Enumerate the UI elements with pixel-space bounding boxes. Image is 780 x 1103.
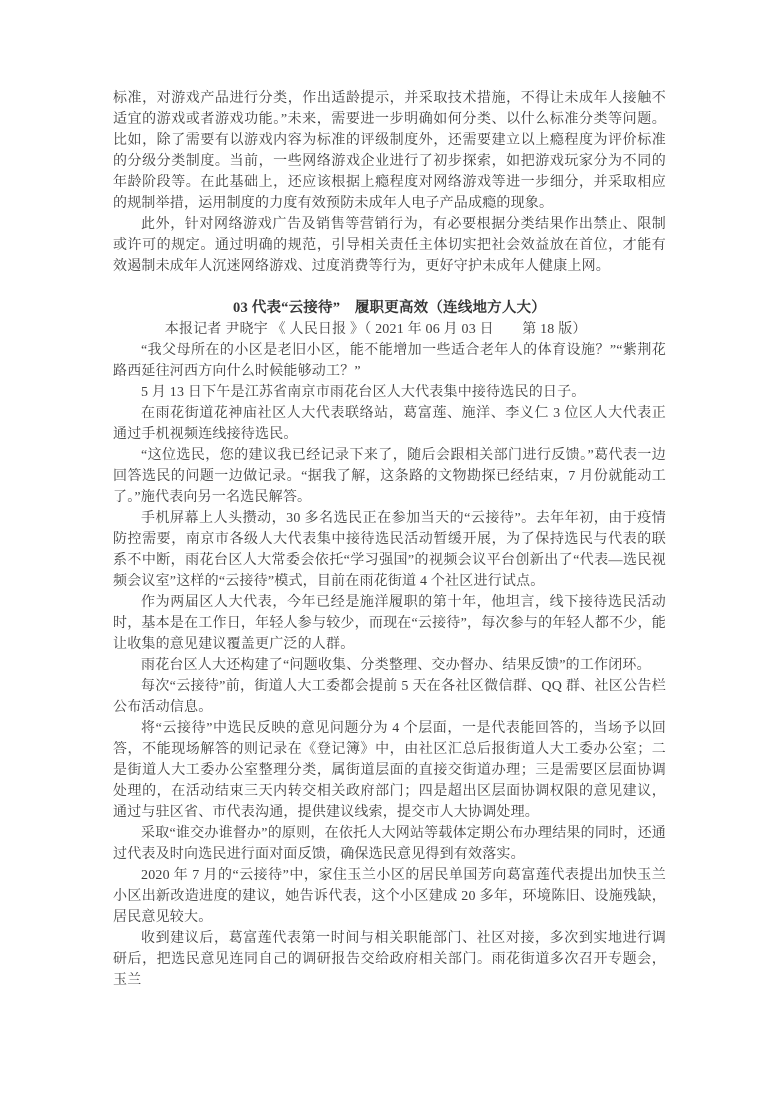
document-page: 标准，对游戏产品进行分类，作出适龄提示，并采取技术措施，不得让未成年人接触不适宜…	[0, 0, 780, 1103]
paragraph: 每次“云接待”前，街道人大工委都会提前 5 天在各社区微信群、QQ 群、社区公告…	[113, 676, 666, 718]
paragraph: 雨花台区人大还构建了“问题收集、分类整理、交办督办、结果反馈”的工作闭环。	[113, 655, 666, 676]
paragraph: 将“云接待”中选民反映的意见问题分为 4 个层面，一是代表能回答的，当场予以回答…	[113, 718, 666, 823]
paragraph: 标准，对游戏产品进行分类，作出适龄提示，并采取技术措施，不得让未成年人接触不适宜…	[113, 88, 666, 214]
article-headline: 03 代表“云接待” 履职更高效（连线地方人大）	[113, 298, 666, 319]
paragraph: 收到建议后，葛富莲代表第一时间与相关职能部门、社区对接，多次到实地进行调研后，把…	[113, 928, 666, 991]
paragraph: 作为两届区人大代表，今年已经是施洋履职的第十年，他坦言，线下接待选民活动时，基本…	[113, 592, 666, 655]
paragraph: 采取“谁交办谁督办”的原则，在依托人大网站等载体定期公布办理结果的同时，还通过代…	[113, 823, 666, 865]
paragraph: 2020 年 7 月的“云接待”中，家住玉兰小区的居民单国芳向葛富莲代表提出加快…	[113, 865, 666, 928]
paragraph: 此外，针对网络游戏广告及销售等营销行为，有必要根据分类结果作出禁止、限制或许可的…	[113, 214, 666, 277]
paragraph: 5 月 13 日下午是江苏省南京市雨花台区人大代表集中接待选民的日子。	[113, 382, 666, 403]
article-byline: 本报记者 尹晓宇 《 人民日报 》（ 2021 年 06 月 03 日 第 18…	[113, 319, 666, 340]
paragraph: 手机屏幕上人头攒动，30 多名选民正在参加当天的“云接待”。去年年初，由于疫情防…	[113, 508, 666, 592]
document-content: 标准，对游戏产品进行分类，作出适龄提示，并采取技术措施，不得让未成年人接触不适宜…	[113, 88, 666, 991]
paragraph: “我父母所在的小区是老旧小区，能不能增加一些适合老年人的体育设施？”“紫荆花路西…	[113, 340, 666, 382]
paragraph: “这位选民，您的建议我已经记录下来了，随后会跟相关部门进行反馈。”葛代表一边回答…	[113, 445, 666, 508]
paragraph: 在雨花街道花神庙社区人大代表联络站，葛富莲、施洋、李义仁 3 位区人大代表正通过…	[113, 403, 666, 445]
